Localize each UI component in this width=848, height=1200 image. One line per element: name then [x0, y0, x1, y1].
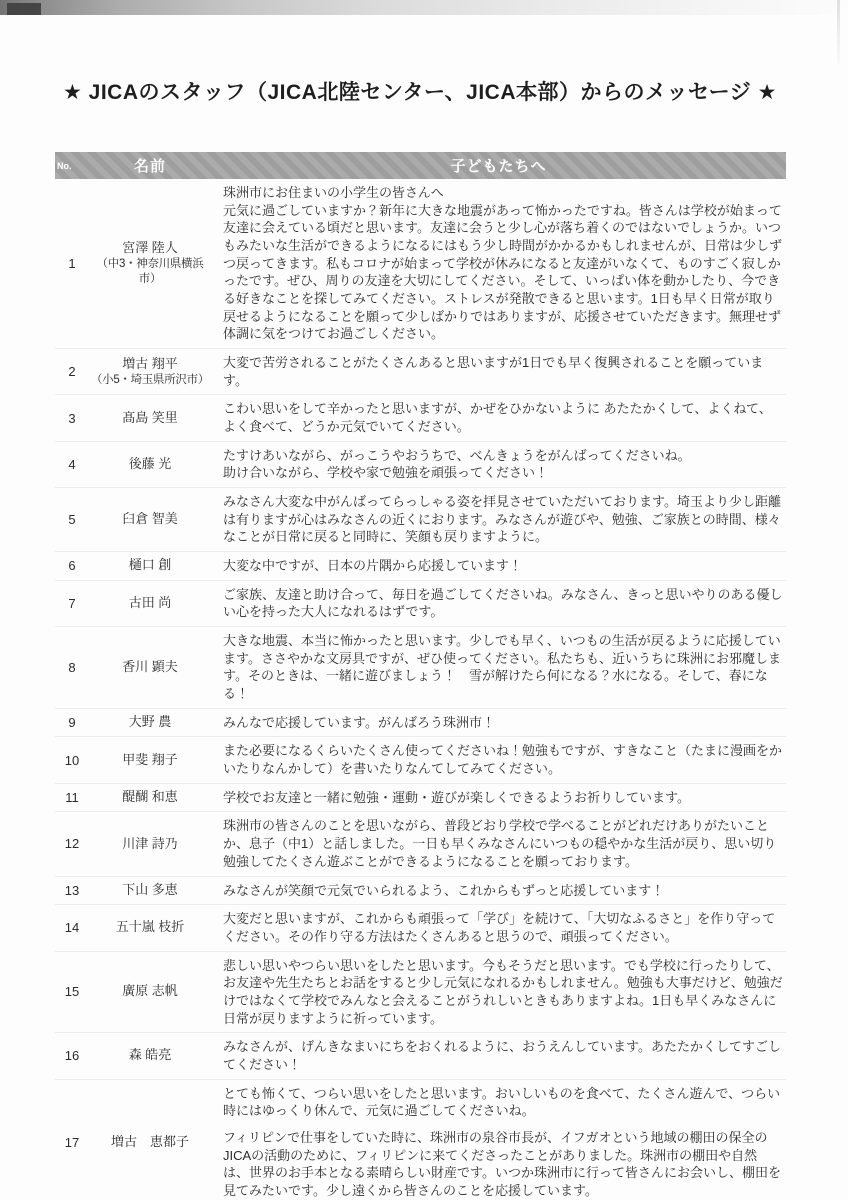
row-name-main: 醍醐 和恵: [89, 789, 211, 806]
table-row: 13 下山 多恵 みなさんが笑顔で元気でいられるよう、これからもずっと応援してい…: [55, 877, 786, 906]
row-name-main: 大野 農: [89, 714, 211, 731]
message-paragraph: 悲しい思いやつらい思いをしたと思います。今もそうだと思います。でも学校に行ったり…: [223, 957, 783, 1028]
row-message: とても怖くて、つらい思いをしたと思います。おいしいものを食べて、たくさん遊んで、…: [211, 1085, 786, 1200]
page-title: ★ JICAのスタッフ（JICA北陸センター、JICA本部）からのメッセージ ★: [63, 76, 803, 106]
table-row: 17 増古 恵都子 とても怖くて、つらい思いをしたと思います。おいしいものを食べ…: [55, 1080, 786, 1200]
row-name-detail: （中3・神奈川県横浜市）: [89, 257, 211, 287]
table-row: 2 増古 翔平 （小5・埼玉県所沢市） 大変で苦労されることがたくさんあると思い…: [55, 349, 786, 395]
table-row: 7 古田 尚 ご家族、友達と助け合って、毎日を過ごしてくださいね。みなさん、きっ…: [55, 581, 786, 627]
message-paragraph: たすけあいながら、がっこうやおうちで、べんきょうをがんばってくださいね。: [223, 447, 783, 465]
scanned-document-page: ★ JICAのスタッフ（JICA北陸センター、JICA本部）からのメッセージ ★…: [0, 0, 848, 1200]
row-name-detail: （小5・埼玉県所沢市）: [89, 373, 211, 388]
row-no: 16: [55, 1048, 89, 1063]
message-paragraph: みんなで応援しています。がんばろう珠洲市！: [223, 714, 783, 732]
scanner-shadow-blotch: [7, 3, 41, 15]
row-name: 大野 農: [89, 714, 211, 731]
message-paragraph: 大きな地震、本当に怖かったと思います。少しでも早く、いつもの生活が戻るように応援…: [223, 632, 783, 703]
row-name-main: 臼倉 智美: [89, 511, 211, 528]
message-paragraph: フィリピンで仕事をしていた時に、珠洲市の泉谷市長が、イフガオという地域の棚田の保…: [223, 1129, 783, 1200]
row-name-main: 増古 翔平: [89, 356, 211, 373]
row-message: たすけあいながら、がっこうやおうちで、べんきょうをがんばってくださいね。助け合い…: [211, 447, 786, 482]
row-message: 珠洲市の皆さんのことを思いながら、普段どおり学校で学べることがどれだけありがたい…: [211, 817, 786, 870]
row-message: 大きな地震、本当に怖かったと思います。少しでも早く、いつもの生活が戻るように応援…: [211, 632, 786, 703]
row-no: 17: [55, 1135, 89, 1150]
row-message: 大変で苦労されることがたくさんあると思いますが1日でも早く復興されることを願って…: [211, 354, 786, 389]
table-row: 8 香川 顕夫 大きな地震、本当に怖かったと思います。少しでも早く、いつもの生活…: [55, 627, 786, 709]
row-name: 廣原 志帆: [89, 983, 211, 1000]
row-message: 悲しい思いやつらい思いをしたと思います。今もそうだと思います。でも学校に行ったり…: [211, 957, 786, 1028]
table-row: 15 廣原 志帆 悲しい思いやつらい思いをしたと思います。今もそうだと思います。…: [55, 952, 786, 1034]
table-row: 1 宮澤 陸人 （中3・神奈川県横浜市） 珠洲市にお住まいの小学生の皆さんへ元気…: [55, 179, 786, 349]
table-row: 10 甲斐 翔子 また必要になるくらいたくさん使ってくださいね！勉強もですが、す…: [55, 737, 786, 783]
row-message: また必要になるくらいたくさん使ってくださいね！勉強もですが、すきなこと（たまに漫…: [211, 742, 786, 777]
table-header-row: No. 名前 子どもたちへ: [55, 152, 786, 179]
row-name: 髙島 笑里: [89, 410, 211, 427]
message-paragraph: 大変な中ですが、日本の片隅から応援しています！: [223, 557, 783, 575]
row-message: みなさんが、げんきなまいにちをおくれるように、おうえんしています。あたたかくして…: [211, 1038, 786, 1073]
row-message: 学校でお友達と一緒に勉強・運動・遊びが楽しくできるようお祈りしています。: [211, 789, 786, 807]
message-paragraph: 珠洲市にお住まいの小学生の皆さんへ: [223, 184, 783, 202]
row-name-main: 川津 詩乃: [89, 836, 211, 853]
row-message: 大変だと思いますが、これからも頑張って「学び」を続けて、「大切なふるさと」を作り…: [211, 910, 786, 945]
message-paragraph: 珠洲市の皆さんのことを思いながら、普段どおり学校で学べることがどれだけありがたい…: [223, 817, 783, 870]
row-name-main: 香川 顕夫: [89, 659, 211, 676]
row-no: 7: [55, 596, 89, 611]
scanner-shadow-band: [0, 0, 848, 15]
table-row: 16 森 皓亮 みなさんが、げんきなまいにちをおくれるように、おうえんしています…: [55, 1033, 786, 1079]
message-paragraph: 学校でお友達と一緒に勉強・運動・遊びが楽しくできるようお祈りしています。: [223, 789, 783, 807]
row-message: ご家族、友達と助け合って、毎日を過ごしてくださいね。みなさん、きっと思いやりのあ…: [211, 586, 786, 621]
messages-table: No. 名前 子どもたちへ 1 宮澤 陸人 （中3・神奈川県横浜市） 珠洲市にお…: [55, 152, 786, 1200]
row-name: 下山 多恵: [89, 882, 211, 899]
row-no: 15: [55, 984, 89, 999]
row-no: 6: [55, 558, 89, 573]
table-row: 4 後藤 光 たすけあいながら、がっこうやおうちで、べんきょうをがんばってくださ…: [55, 442, 786, 488]
row-message: みなさんが笑顔で元気でいられるよう、これからもずっと応援しています！: [211, 882, 786, 900]
row-no: 14: [55, 920, 89, 935]
message-paragraph: 大変で苦労されることがたくさんあると思いますが1日でも早く復興されることを願って…: [223, 354, 783, 389]
message-paragraph: こわい思いをして辛かったと思いますが、かぜをひかないように あたたかくして、よく…: [223, 400, 783, 435]
row-message: みんなで応援しています。がんばろう珠洲市！: [211, 714, 786, 732]
row-message: 珠洲市にお住まいの小学生の皆さんへ元気に過ごしていますか？新年に大きな地震があっ…: [211, 184, 786, 343]
message-paragraph: みなさんが、げんきなまいにちをおくれるように、おうえんしています。あたたかくして…: [223, 1038, 783, 1073]
message-paragraph: みなさん大変な中がんばってらっしゃる姿を拝見させていただいております。埼玉より少…: [223, 493, 783, 546]
table-row: 11 醍醐 和恵 学校でお友達と一緒に勉強・運動・遊びが楽しくできるようお祈りし…: [55, 784, 786, 813]
row-no: 8: [55, 660, 89, 675]
row-name: 川津 詩乃: [89, 836, 211, 853]
row-no: 13: [55, 883, 89, 898]
row-no: 4: [55, 457, 89, 472]
row-message: こわい思いをして辛かったと思いますが、かぜをひかないように あたたかくして、よく…: [211, 400, 786, 435]
table-row: 6 樋口 創 大変な中ですが、日本の片隅から応援しています！: [55, 552, 786, 581]
row-name: 五十嵐 枝折: [89, 919, 211, 936]
row-name: 臼倉 智美: [89, 511, 211, 528]
row-name-main: 甲斐 翔子: [89, 752, 211, 769]
row-name: 森 皓亮: [89, 1047, 211, 1064]
row-no: 2: [55, 364, 89, 379]
message-paragraph: ご家族、友達と助け合って、毎日を過ごしてくださいね。みなさん、きっと思いやりのあ…: [223, 586, 783, 621]
table-body: 1 宮澤 陸人 （中3・神奈川県横浜市） 珠洲市にお住まいの小学生の皆さんへ元気…: [55, 179, 786, 1200]
table-row: 9 大野 農 みんなで応援しています。がんばろう珠洲市！: [55, 709, 786, 738]
row-name-main: 廣原 志帆: [89, 983, 211, 1000]
row-name: 古田 尚: [89, 595, 211, 612]
message-paragraph: 大変だと思いますが、これからも頑張って「学び」を続けて、「大切なふるさと」を作り…: [223, 910, 783, 945]
row-name: 増古 恵都子: [89, 1134, 211, 1151]
row-name-main: 髙島 笑里: [89, 410, 211, 427]
row-name: 後藤 光: [89, 456, 211, 473]
row-name-main: 宮澤 陸人: [89, 240, 211, 257]
table-row: 12 川津 詩乃 珠洲市の皆さんのことを思いながら、普段どおり学校で学べることが…: [55, 812, 786, 876]
row-no: 12: [55, 836, 89, 851]
row-no: 9: [55, 715, 89, 730]
table-row: 3 髙島 笑里 こわい思いをして辛かったと思いますが、かぜをひかないように あた…: [55, 395, 786, 441]
row-name: 甲斐 翔子: [89, 752, 211, 769]
message-paragraph: とても怖くて、つらい思いをしたと思います。おいしいものを食べて、たくさん遊んで、…: [223, 1085, 783, 1120]
table-row: 14 五十嵐 枝折 大変だと思いますが、これからも頑張って「学び」を続けて、「大…: [55, 905, 786, 951]
row-name-main: 増古 恵都子: [89, 1134, 211, 1151]
column-header-no: No.: [55, 161, 89, 171]
message-paragraph: 助け合いながら、学校や家で勉強を頑張ってください！: [223, 464, 783, 482]
row-no: 1: [55, 256, 89, 271]
column-header-message: 子どもたちへ: [211, 155, 786, 176]
message-paragraph: また必要になるくらいたくさん使ってくださいね！勉強もですが、すきなこと（たまに漫…: [223, 742, 783, 777]
row-name: 樋口 創: [89, 557, 211, 574]
row-no: 11: [55, 790, 89, 805]
row-message: 大変な中ですが、日本の片隅から応援しています！: [211, 557, 786, 575]
row-message: みなさん大変な中がんばってらっしゃる姿を拝見させていただいております。埼玉より少…: [211, 493, 786, 546]
column-header-name: 名前: [89, 155, 211, 176]
row-name-main: 下山 多恵: [89, 882, 211, 899]
row-no: 3: [55, 411, 89, 426]
row-name: 宮澤 陸人 （中3・神奈川県横浜市）: [89, 240, 211, 287]
row-name: 醍醐 和恵: [89, 789, 211, 806]
scanner-edge-line: [837, 0, 840, 64]
row-name: 増古 翔平 （小5・埼玉県所沢市）: [89, 356, 211, 388]
row-name-main: 森 皓亮: [89, 1047, 211, 1064]
row-name: 香川 顕夫: [89, 659, 211, 676]
message-paragraph: みなさんが笑顔で元気でいられるよう、これからもずっと応援しています！: [223, 882, 783, 900]
row-name-main: 後藤 光: [89, 456, 211, 473]
row-name-main: 古田 尚: [89, 595, 211, 612]
message-paragraph: 元気に過ごしていますか？新年に大きな地震があって怖かったですね。皆さんは学校が始…: [223, 202, 783, 343]
row-name-main: 樋口 創: [89, 557, 211, 574]
row-no: 10: [55, 753, 89, 768]
table-row: 5 臼倉 智美 みなさん大変な中がんばってらっしゃる姿を拝見させていただいており…: [55, 488, 786, 552]
row-name-main: 五十嵐 枝折: [89, 919, 211, 936]
row-no: 5: [55, 512, 89, 527]
